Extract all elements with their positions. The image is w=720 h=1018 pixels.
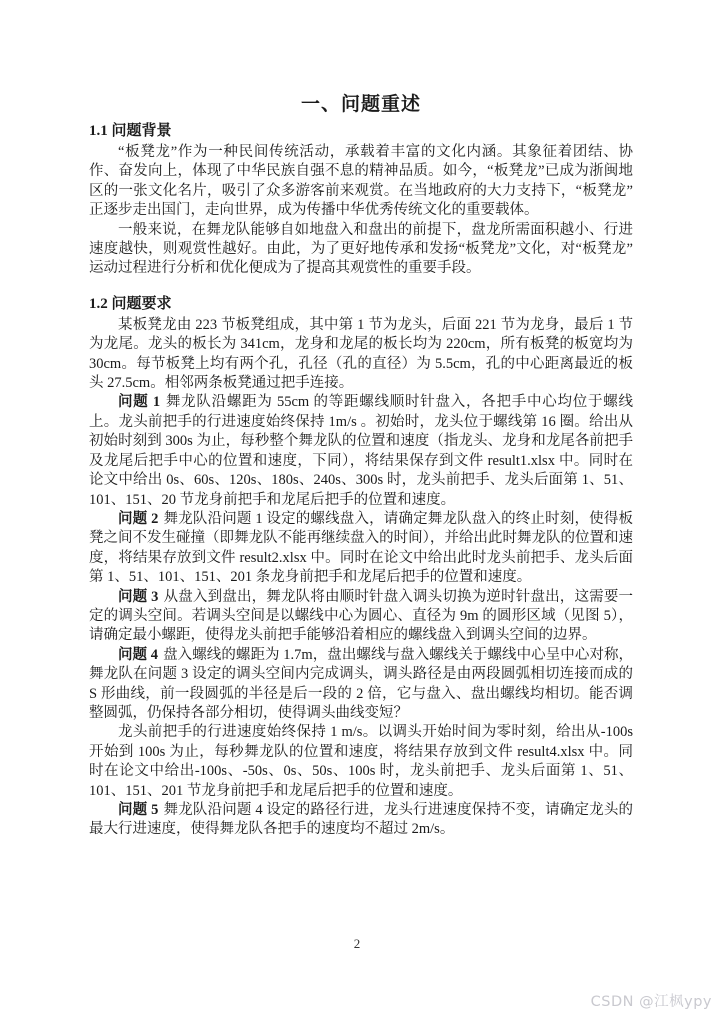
section-heading-background: 1.1 问题背景	[89, 123, 633, 140]
page-content: 一、问题重述 1.1 问题背景 “板凳龙”作为一种民间传统活动，承载着丰富的文化…	[89, 94, 633, 840]
problem-3-paragraph: 问题 3从盘入到盘出，舞龙队将由顺时针盘入调头切换为逆时针盘出，这需要一定的调头…	[89, 588, 633, 646]
problem-3-text: 从盘入到盘出，舞龙队将由顺时针盘入调头切换为逆时针盘出，这需要一定的调头空间。若…	[89, 589, 633, 644]
problem-4-label: 问题 4	[118, 647, 158, 663]
background-paragraph-1: “板凳龙”作为一种民间传统活动，承载着丰富的文化内涵。其象征着团结、协作、奋发向…	[89, 143, 633, 221]
section-heading-requirements: 1.2 问题要求	[89, 296, 633, 313]
problem-5-label: 问题 5	[118, 802, 158, 818]
problem-4-extra-paragraph: 龙头前把手的行进速度始终保持 1 m/s。以调头开始时间为零时刻，给出从-100…	[89, 723, 633, 801]
problem-1-text: 舞龙队沿螺距为 55cm 的等距螺线顺时针盘入，各把手中心均位于螺线上。龙头前把…	[89, 394, 633, 507]
problem-1-label: 问题 1	[118, 394, 160, 410]
page-title: 一、问题重述	[89, 94, 633, 116]
problem-2-paragraph: 问题 2舞龙队沿问题 1 设定的螺线盘入，请确定舞龙队盘入的终止时刻，使得板凳之…	[89, 510, 633, 588]
problem-1-paragraph: 问题 1舞龙队沿螺距为 55cm 的等距螺线顺时针盘入，各把手中心均位于螺线上。…	[89, 393, 633, 509]
problem-3-label: 问题 3	[118, 589, 158, 605]
background-paragraph-2: 一般来说，在舞龙队能够自如地盘入和盘出的前提下，盘龙所需面积越小、行进速度越快，…	[89, 221, 633, 279]
problem-2-label: 问题 2	[118, 511, 158, 527]
problem-5-text: 舞龙队沿问题 4 设定的路径行进，龙头行进速度保持不变，请确定龙头的最大行进速度…	[89, 802, 633, 837]
problem-4-text: 盘入螺线的螺距为 1.7m，盘出螺线与盘入螺线关于螺线中心呈中心对称，舞龙队在问…	[89, 647, 633, 721]
document-page: 一、问题重述 1.1 问题背景 “板凳龙”作为一种民间传统活动，承载着丰富的文化…	[0, 0, 720, 1018]
csdn-watermark: CSDN @江枫ypy	[591, 990, 712, 1011]
requirements-intro: 某板凳龙由 223 节板凳组成，其中第 1 节为龙头，后面 221 节为龙身，最…	[89, 316, 633, 394]
problem-4-paragraph: 问题 4盘入螺线的螺距为 1.7m，盘出螺线与盘入螺线关于螺线中心呈中心对称，舞…	[89, 646, 633, 724]
problem-5-paragraph: 问题 5舞龙队沿问题 4 设定的路径行进，龙头行进速度保持不变，请确定龙头的最大…	[89, 801, 633, 840]
problem-2-text: 舞龙队沿问题 1 设定的螺线盘入，请确定舞龙队盘入的终止时刻，使得板凳之间不发生…	[89, 511, 633, 585]
page-number: 2	[0, 936, 714, 952]
